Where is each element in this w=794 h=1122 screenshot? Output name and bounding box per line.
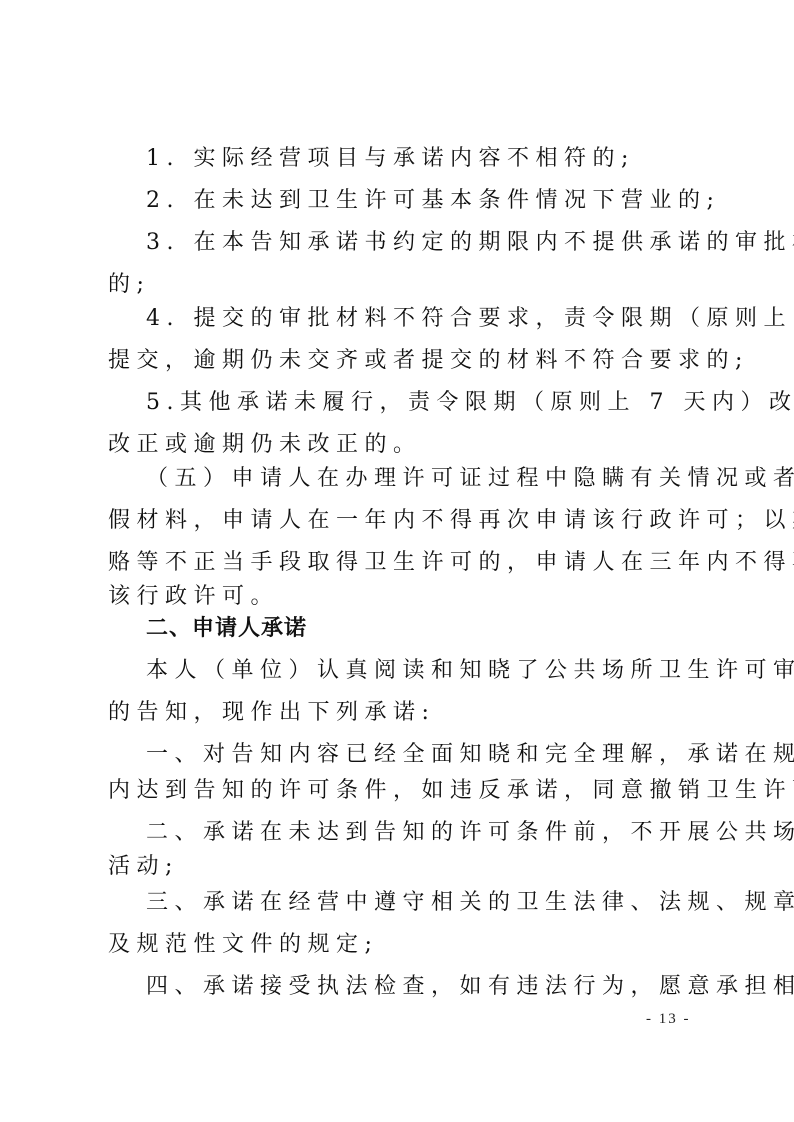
list-item-4-cont: 提交，逾期仍未交齐或者提交的材料不符合要求的; — [108, 346, 700, 376]
commitment-1-cont: 内达到告知的许可条件，如违反承诺，同意撤销卫生许可决定; — [108, 776, 700, 806]
commitment-2: 二、承诺在未达到告知的许可条件前，不开展公共场所经营 — [146, 818, 700, 848]
commitment-intro-cont: 的告知，现作出下列承诺: — [108, 698, 700, 728]
commitment-2-cont: 活动; — [108, 852, 700, 882]
section-heading: 二、申请人承诺 — [146, 614, 700, 644]
list-item-3: 3. 在本告知承诺书约定的期限内不提供承诺的审批材料 — [146, 228, 700, 258]
commitment-intro: 本人（单位）认真阅读和知晓了公共场所卫生许可审批机关 — [146, 656, 700, 686]
list-item-4: 4. 提交的审批材料不符合要求，责令限期（原则上 7 天内） — [146, 304, 700, 334]
list-item-5: 5.其他承诺未履行，责令限期（原则上 7 天内）改正，拒绝 — [146, 388, 700, 418]
document-page: 1. 实际经营项目与承诺内容不相符的; 2. 在未达到卫生许可基本条件情况下营业… — [0, 0, 794, 1122]
commitment-3-cont: 及规范性文件的规定; — [108, 930, 700, 960]
list-item-5-cont: 改正或逾期仍未改正的。 — [108, 430, 700, 460]
commitment-3: 三、承诺在经营中遵守相关的卫生法律、法规、规章、标准 — [146, 888, 700, 918]
list-item-3-cont: 的; — [108, 270, 700, 300]
commitment-4: 四、承诺接受执法检查，如有违法行为，愿意承担相应的法 — [146, 972, 700, 1002]
paragraph-five-cont-3: 该行政许可。 — [108, 582, 700, 612]
list-item-2: 2. 在未达到卫生许可基本条件情况下营业的; — [146, 186, 700, 216]
paragraph-five-cont-1: 假材料，申请人在一年内不得再次申请该行政许可；以欺骗、贿 — [108, 506, 700, 536]
list-item-1: 1. 实际经营项目与承诺内容不相符的; — [146, 144, 700, 174]
paragraph-five: （五）申请人在办理许可证过程中隐瞒有关情况或者提供虚 — [146, 464, 700, 494]
paragraph-five-cont-2: 赂等不正当手段取得卫生许可的，申请人在三年内不得再次申请 — [108, 548, 700, 578]
commitment-1: 一、对告知内容已经全面知晓和完全理解，承诺在规定期限 — [146, 740, 700, 770]
page-number: - 13 - — [646, 1011, 691, 1028]
